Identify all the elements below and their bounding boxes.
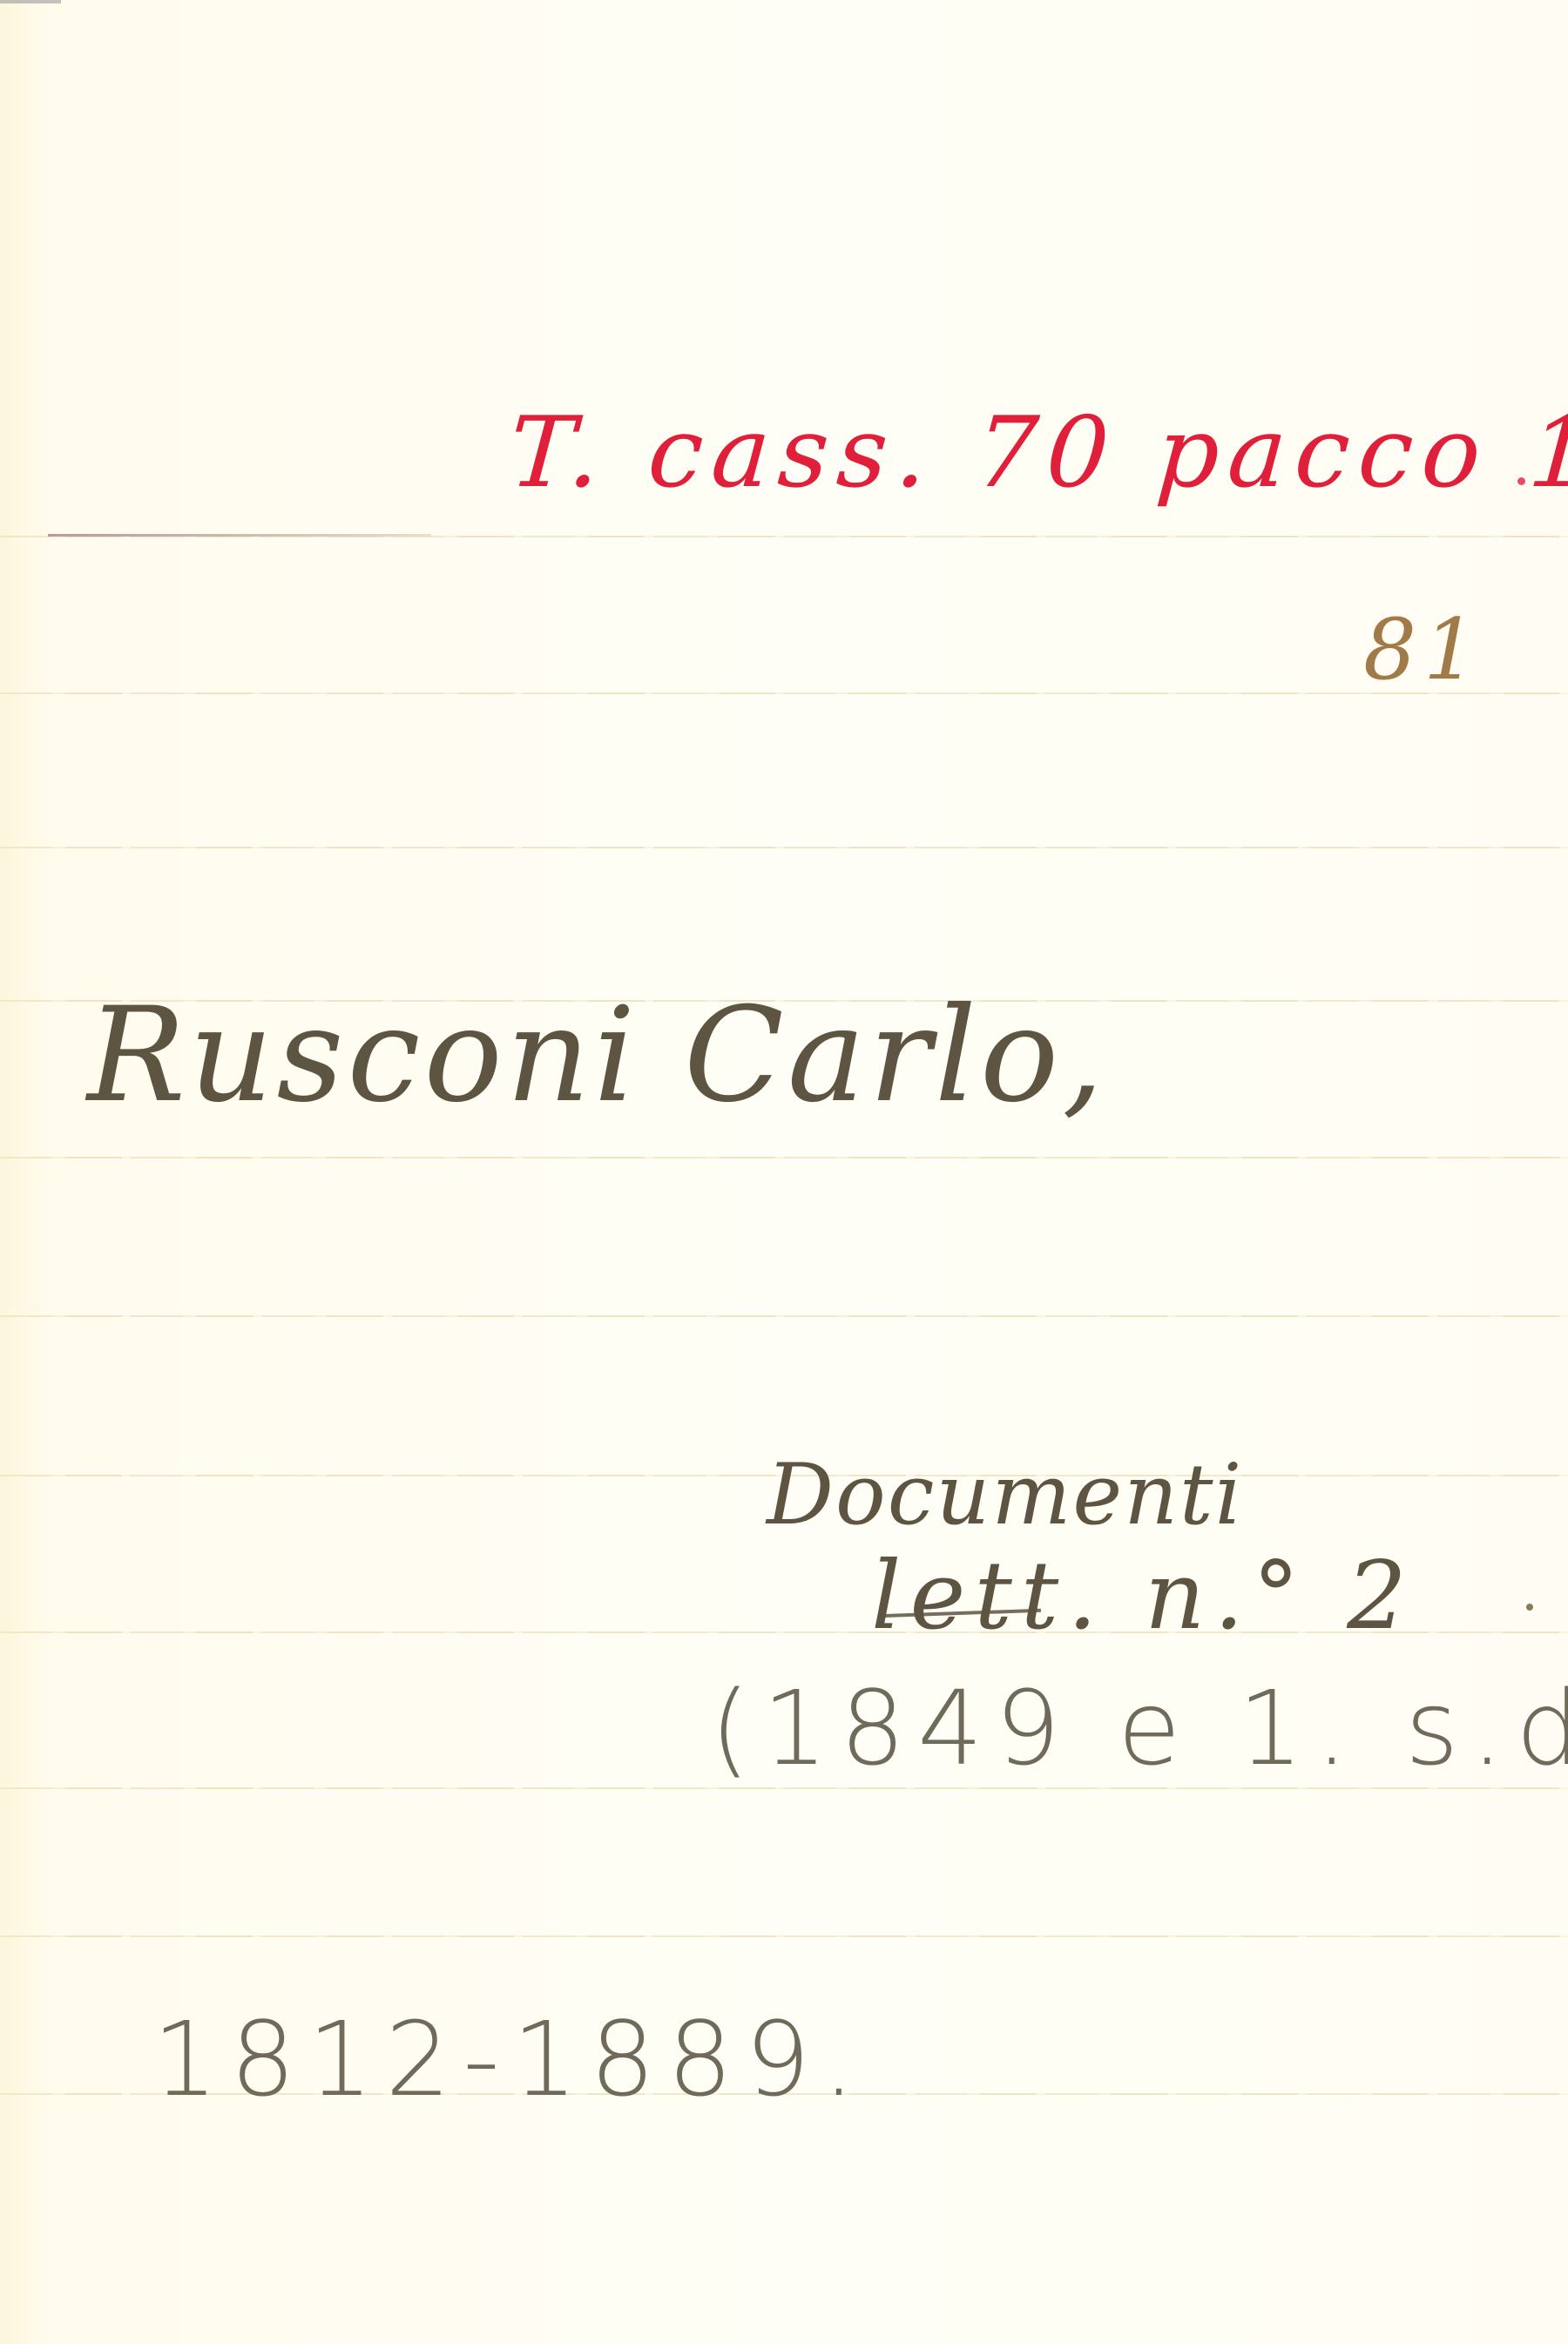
ruled-line	[0, 847, 1568, 848]
location-period-mark	[1517, 477, 1525, 485]
documents-dates: (1849 e 1. s.d.)	[710, 1668, 1568, 1788]
person-name: Rusconi Carlo,	[87, 980, 1107, 1131]
index-card: T. cass. 70 pacco 125. 81 Rusconi Carlo,…	[0, 0, 1568, 2344]
ruled-line	[0, 1315, 1568, 1317]
ruled-line	[0, 1935, 1568, 1937]
margin-dot-mark	[1526, 1604, 1533, 1611]
ruled-line-accent	[48, 534, 431, 537]
ruled-line	[0, 1157, 1568, 1158]
scan-edge-artifact	[0, 0, 61, 3]
archive-location: T. cass. 70 pacco 125.	[505, 396, 1568, 510]
shelf-number: 81	[1363, 601, 1484, 699]
ruled-line	[0, 692, 1568, 694]
documents-label: Documenti	[767, 1446, 1243, 1544]
documents-count: lett. n.° 2	[871, 1542, 1416, 1651]
lifespan-dates: 1812-1889.	[152, 1999, 868, 2119]
